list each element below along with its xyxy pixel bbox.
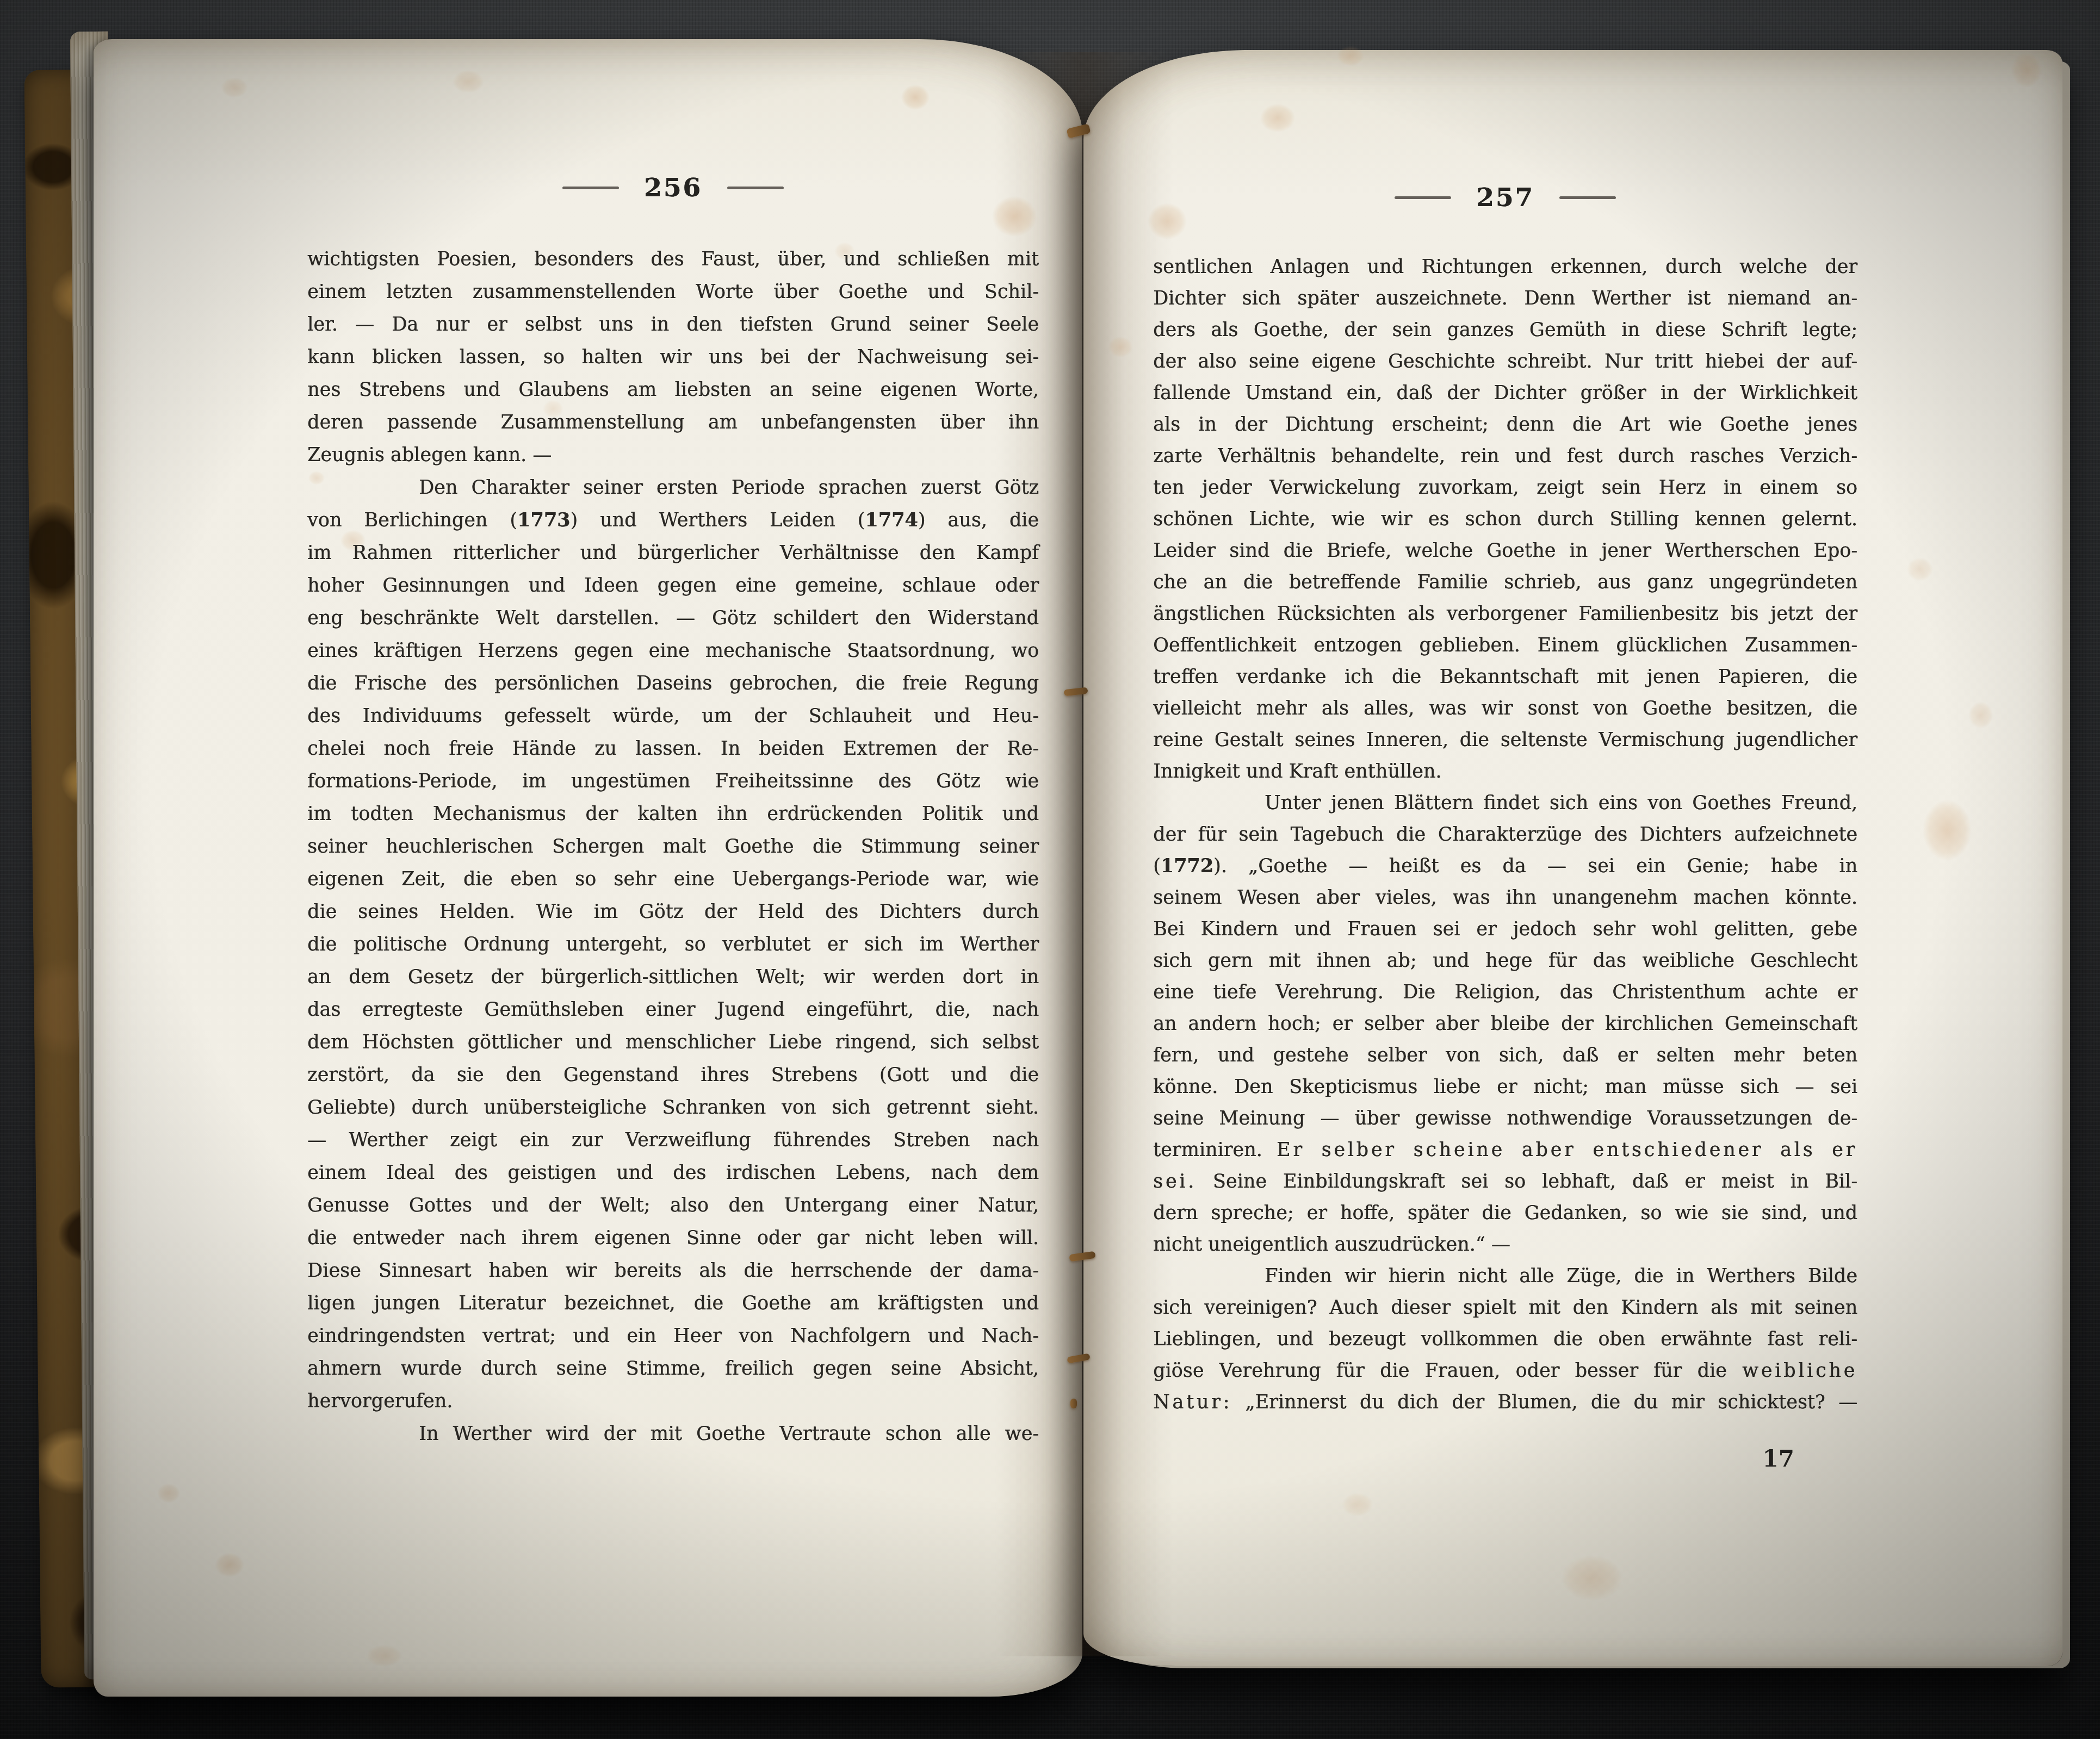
text-line: im todten Mechanismus der kalten ihn erd…: [307, 798, 1039, 830]
text-line: ahmern wurde durch seine Stimme, freilic…: [307, 1352, 1039, 1385]
left-page-number: 256: [644, 173, 702, 203]
text-line: fallende Umstand ein, daß der Dichter gr…: [1153, 377, 1857, 409]
text-line: die seines Helden. Wie im Götz der Held …: [307, 896, 1039, 928]
text-line: schönen Lichte, wie wir es schon durch S…: [1153, 504, 1857, 535]
text-line: hoher Gesinnungen und Ideen gegen eine g…: [307, 569, 1039, 602]
text-line: einem letzten zusammenstellenden Worte ü…: [307, 276, 1039, 308]
text-line: deren passende Zusammenstellung am unbef…: [307, 406, 1039, 439]
text-line: wichtigsten Poesien, besonders des Faust…: [307, 243, 1039, 276]
text-line: kann blicken lassen, so halten wir uns b…: [307, 341, 1039, 374]
text-line: der für sein Tagebuch die Charakterzüge …: [1153, 819, 1857, 850]
header-rule: [1395, 196, 1451, 199]
right-page-number: 257: [1476, 183, 1534, 213]
text-line: sei. Seine Einbildungskraft sei so lebha…: [1153, 1166, 1857, 1197]
text-line: eines kräftigen Herzens gegen eine mecha…: [307, 635, 1039, 667]
text-line: sentlichen Anlagen und Richtungen erkenn…: [1153, 251, 1857, 283]
text-line: hervorgerufen.: [307, 1385, 1039, 1418]
text-line: Den Charakter seiner ersten Periode spra…: [307, 471, 1039, 504]
text-line: des Individuums gefesselt würde, um der …: [307, 700, 1039, 732]
right-page-header: 257: [1153, 183, 1857, 213]
text-line: der also seine eigene Geschichte schreib…: [1153, 346, 1857, 377]
text-line: reine Gestalt seines Inneren, die selten…: [1153, 724, 1857, 756]
text-line: Bei Kindern und Frauen sei er jedoch seh…: [1153, 914, 1857, 945]
text-line: chelei noch freie Hände zu lassen. In be…: [307, 732, 1039, 765]
text-line: fern, und gestehe selber von sich, daß e…: [1153, 1040, 1857, 1071]
text-line: die Frische des persönlichen Daseins geb…: [307, 667, 1039, 700]
left-page-header: 256: [307, 173, 1039, 203]
text-line: seinem Wesen aber vieles, was ihn unange…: [1153, 882, 1857, 914]
text-line: eine tiefe Verehrung. Die Religion, das …: [1153, 977, 1857, 1008]
text-line: Dichter sich später auszeichnete. Denn W…: [1153, 283, 1857, 314]
text-line: als in der Dichtung erscheint; denn die …: [1153, 409, 1857, 440]
text-line: einem Ideal des geistigen und des irdisc…: [307, 1157, 1039, 1189]
text-line: che an die betreffende Familie schrieb, …: [1153, 567, 1857, 598]
text-line: könne. Den Skepticismus liebe er nicht; …: [1153, 1071, 1857, 1103]
text-line: sich gern mit ihnen ab; und hege für das…: [1153, 945, 1857, 977]
text-line: das erregteste Gemüthsleben einer Jugend…: [307, 993, 1039, 1026]
text-line: an andern hoch; er selber aber bleibe de…: [1153, 1008, 1857, 1040]
text-line: die entweder nach ihrem eigenen Sinne od…: [307, 1222, 1039, 1254]
text-line: sich vereinigen? Auch dieser spielt mit …: [1153, 1292, 1857, 1324]
text-line: die politische Ordnung untergeht, so ver…: [307, 928, 1039, 961]
text-line: Finden wir hierin nicht alle Züge, die i…: [1153, 1260, 1857, 1292]
text-line: dern spreche; er hoffe, später die Gedan…: [1153, 1197, 1857, 1229]
text-line: im Rahmen ritterlicher und bürgerlicher …: [307, 537, 1039, 569]
text-line: vielleicht mehr als alles, was wir sonst…: [1153, 693, 1857, 724]
text-line: eigenen Zeit, die eben so sehr eine Uebe…: [307, 863, 1039, 896]
text-line: eindringendsten vertrat; und ein Heer vo…: [307, 1320, 1039, 1352]
binding-stitch: [1070, 1399, 1077, 1408]
header-rule: [562, 187, 619, 189]
text-line: ders als Goethe, der sein ganzes Gemüth …: [1153, 314, 1857, 346]
text-line: Lieblingen, und bezeugt vollkommen die o…: [1153, 1324, 1857, 1355]
text-line: Zeugnis ablegen kann. —: [307, 439, 1039, 471]
text-line: an dem Gesetz der bürgerlich-sittlichen …: [307, 961, 1039, 993]
text-line: Unter jenen Blättern findet sich eins vo…: [1153, 787, 1857, 819]
text-line: Genusse Gottes und der Welt; also den Un…: [307, 1189, 1039, 1222]
header-rule: [1559, 196, 1616, 199]
signature-mark: 17: [1153, 1445, 1857, 1472]
header-rule: [727, 187, 784, 189]
photo-of-open-book: 256 257 wichtigsten Poesien, besonders d…: [0, 0, 2100, 1739]
text-line: Innigkeit und Kraft enthüllen.: [1153, 756, 1857, 787]
text-line: Oeffentlichkeit entzogen geblieben. Eine…: [1153, 630, 1857, 661]
text-line: ligen jungen Literatur bezeichnet, die G…: [307, 1287, 1039, 1320]
right-page-text: sentlichen Anlagen und Richtungen erkenn…: [1153, 251, 1857, 1418]
text-line: Diese Sinnesart haben wir bereits als di…: [307, 1254, 1039, 1287]
text-line: Leider sind die Briefe, welche Goethe in…: [1153, 535, 1857, 567]
text-line: — Werther zeigt ein zur Verzweiflung füh…: [307, 1124, 1039, 1157]
text-line: von Berlichingen (1773) und Werthers Lei…: [307, 504, 1039, 537]
text-line: zarte Verhältnis behandelte, rein und fe…: [1153, 440, 1857, 472]
text-line: In Werther wird der mit Goethe Vertraute…: [307, 1418, 1039, 1450]
text-line: seine Meinung — über gewisse nothwendige…: [1153, 1103, 1857, 1134]
text-line: ängstlichen Rücksichten als verborgener …: [1153, 598, 1857, 630]
text-line: dem Höchsten göttlicher und menschlicher…: [307, 1026, 1039, 1059]
text-line: terminiren. Er selber scheine aber entsc…: [1153, 1134, 1857, 1166]
text-line: ten jeder Verwickelung zuvorkam, zeigt s…: [1153, 472, 1857, 504]
text-line: Geliebte) durch unübersteigliche Schrank…: [307, 1091, 1039, 1124]
text-line: giöse Verehrung für die Frauen, oder bes…: [1153, 1355, 1857, 1387]
text-line: treffen verdanke ich die Bekanntschaft m…: [1153, 661, 1857, 693]
text-line: nicht uneigentlich auszudrücken.“ —: [1153, 1229, 1857, 1260]
text-line: eng beschränkte Welt darstellen. — Götz …: [307, 602, 1039, 635]
text-line: zerstört, da sie den Gegenstand ihres St…: [307, 1059, 1039, 1091]
text-line: seiner heuchlerischen Schergen malt Goet…: [307, 830, 1039, 863]
left-page-text: wichtigsten Poesien, besonders des Faust…: [307, 243, 1039, 1450]
text-line: nes Strebens und Glaubens am liebsten an…: [307, 374, 1039, 406]
text-line: Natur: „Erinnerst du dich der Blumen, di…: [1153, 1387, 1857, 1418]
text-line: formations-Periode, im ungestümen Freihe…: [307, 765, 1039, 798]
text-line: (1772). „Goethe — heißt es da — sei ein …: [1153, 850, 1857, 882]
text-line: ler. — Da nur er selbst uns in den tiefs…: [307, 308, 1039, 341]
